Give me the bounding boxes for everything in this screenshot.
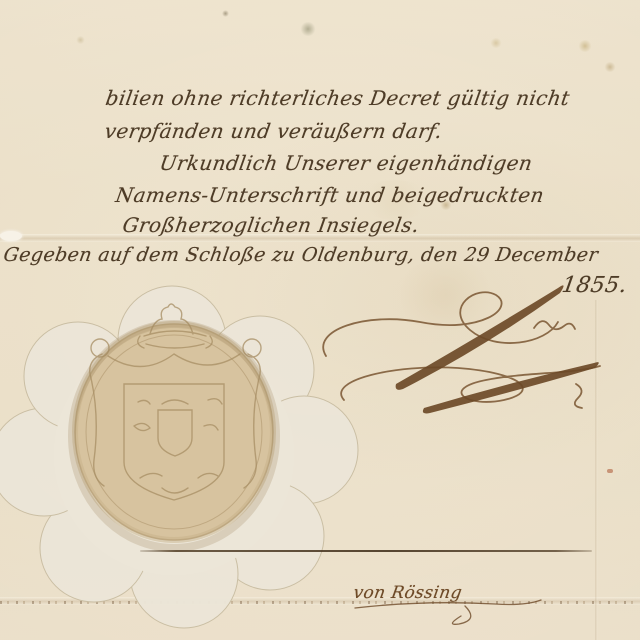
manuscript-line-5: Großherzoglichen Insiegels. xyxy=(121,213,421,237)
foxing-spot xyxy=(578,40,592,52)
paper-rosette xyxy=(12,292,342,622)
foxing-spot xyxy=(490,38,502,48)
document-photograph: bilien ohne richterliches Decret gültig … xyxy=(0,0,640,640)
foxing-spot xyxy=(222,10,229,17)
manuscript-line-2: verpfänden und veräußern darf. xyxy=(103,119,444,143)
ink-rule xyxy=(140,550,592,552)
manuscript-line-4: Namens-Unterschrift und beigedruckten xyxy=(114,183,546,207)
foxing-spot xyxy=(76,36,85,44)
manuscript-line-3: Urkundlich Unserer eigenhändigen xyxy=(158,151,534,175)
red-ink-speck xyxy=(607,469,613,473)
manuscript-date-line: Gegeben auf dem Schloße zu Oldenburg, de… xyxy=(2,244,600,266)
manuscript-line-1: bilien ohne richterliches Decret gültig … xyxy=(104,86,572,110)
grand-ducal-signature-flourish xyxy=(308,268,618,418)
countersignature-flourish xyxy=(345,596,545,626)
foxing-spot xyxy=(300,22,316,36)
foxing-spot xyxy=(604,62,616,72)
paper-abrasion xyxy=(0,231,22,241)
